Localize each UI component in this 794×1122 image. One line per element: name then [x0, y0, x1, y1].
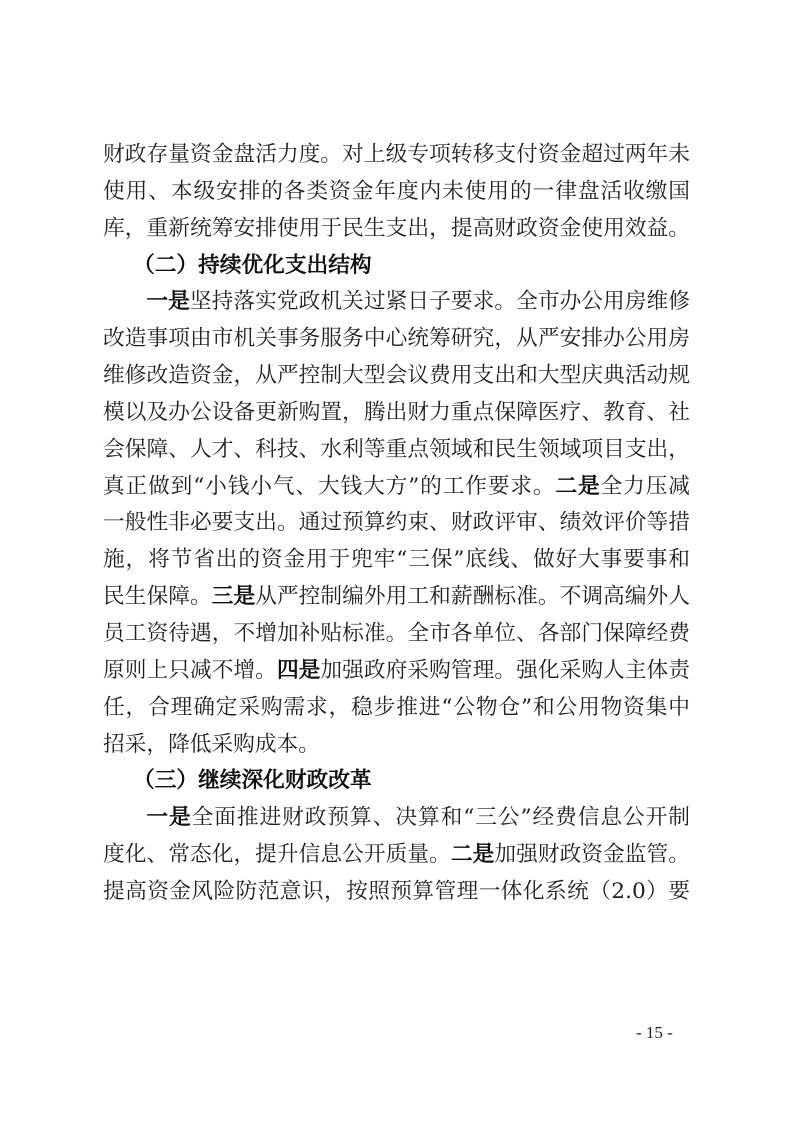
- body-line: 一是全面推进财政预算、决算和“三公”经费信息公开制: [103, 800, 690, 837]
- bold-lead-term: 二是: [556, 474, 601, 499]
- line-text: 全力压减: [601, 474, 690, 499]
- body-line: 财政存量资金盘活力度。对上级专项转移支付资金超过两年未: [103, 137, 690, 174]
- line-text: 员工资待遇，不增加补贴标准。全市各单位、各部门保障经费: [103, 621, 690, 646]
- body-line: 真正做到“小钱小气、大钱大方”的工作要求。二是全力压减: [103, 469, 690, 506]
- line-text: 任，合理确定采购需求，稳步推进“公物仓”和公用物资集中: [103, 695, 690, 720]
- bold-lead-term: 一是: [146, 805, 191, 830]
- body-line: 一是坚持落实党政机关过紧日子要求。全市办公用房维修: [103, 284, 690, 321]
- body-line: 度化、常态化，提升信息公开质量。二是加强财政资金监管。: [103, 837, 690, 874]
- body-line: 施，将节省出的资金用于兜牢“三保”底线、做好大事要事和: [103, 542, 690, 579]
- body-line: 使用、本级安排的各类资金年度内未使用的一律盘活收缴国: [103, 174, 690, 211]
- line-text: 提高资金风险防范意识，按照预算管理一体化系统（2.0）要: [103, 879, 690, 904]
- line-text: 民生保障。: [103, 584, 212, 609]
- bold-lead-term: 二是: [451, 842, 494, 867]
- section-heading: （三）继续深化财政改革: [103, 763, 690, 800]
- body-line: 会保障、人才、科技、水利等重点领域和民生领域项目支出，: [103, 432, 690, 469]
- line-text: 财政存量资金盘活力度。对上级专项转移支付资金超过两年未: [103, 142, 690, 167]
- document-page: 财政存量资金盘活力度。对上级专项转移支付资金超过两年未 使用、本级安排的各类资金…: [0, 0, 794, 1122]
- body-line: 一般性非必要支出。通过预算约束、财政评审、绩效评价等措: [103, 505, 690, 542]
- line-text: 度化、常态化，提升信息公开质量。: [103, 842, 451, 867]
- body-line: 民生保障。三是从严控制编外用工和薪酬标准。不调高编外人: [103, 579, 690, 616]
- line-text: 坚持落实党政机关过紧日子要求。全市办公用房维修: [190, 289, 690, 314]
- body-line: 任，合理确定采购需求，稳步推进“公物仓”和公用物资集中: [103, 690, 690, 727]
- line-text: 会保障、人才、科技、水利等重点领域和民生领域项目支出，: [103, 437, 690, 462]
- body-line: 库，重新统筹安排使用于民生支出，提高财政资金使用效益。: [103, 211, 690, 248]
- line-text: 全面推进财政预算、决算和“三公”经费信息公开制: [192, 805, 690, 830]
- body-line: 原则上只减不增。四是加强政府采购管理。强化采购人主体责: [103, 653, 690, 690]
- line-text: 真正做到“小钱小气、大钱大方”的工作要求。: [103, 474, 556, 499]
- body-line: 招采，降低采购成本。: [103, 727, 690, 764]
- heading-text: （三）继续深化财政改革: [133, 768, 372, 793]
- bold-lead-term: 四是: [277, 658, 320, 683]
- line-text: 改造事项由市机关事务服务中心统筹研究，从严安排办公用房: [103, 326, 690, 351]
- body-line: 改造事项由市机关事务服务中心统筹研究，从严安排办公用房: [103, 321, 690, 358]
- line-text: 维修改造资金，从严控制大型会议费用支出和大型庆典活动规: [103, 363, 690, 388]
- heading-text: （二）持续优化支出结构: [133, 253, 372, 278]
- line-text: 加强财政资金监管。: [494, 842, 690, 867]
- body-line: 提高资金风险防范意识，按照预算管理一体化系统（2.0）要: [103, 874, 690, 911]
- page-number: - 15 -: [636, 1021, 696, 1045]
- line-text: 使用、本级安排的各类资金年度内未使用的一律盘活收缴国: [103, 179, 690, 204]
- line-text: 模以及办公设备更新购置，腾出财力重点保障医疗、教育、社: [103, 400, 690, 425]
- body-line: 员工资待遇，不增加补贴标准。全市各单位、各部门保障经费: [103, 616, 690, 653]
- line-text: 一般性非必要支出。通过预算约束、财政评审、绩效评价等措: [103, 510, 690, 535]
- bold-lead-term: 一是: [146, 289, 190, 314]
- line-text: 施，将节省出的资金用于兜牢“三保”底线、做好大事要事和: [103, 547, 690, 572]
- bold-lead-term: 三是: [212, 584, 255, 609]
- line-text: 从严控制编外用工和薪酬标准。不调高编外人: [255, 584, 690, 609]
- body-line: 维修改造资金，从严控制大型会议费用支出和大型庆典活动规: [103, 358, 690, 395]
- body-line: 模以及办公设备更新购置，腾出财力重点保障医疗、教育、社: [103, 395, 690, 432]
- line-text: 库，重新统筹安排使用于民生支出，提高财政资金使用效益。: [103, 216, 690, 241]
- body-text: 财政存量资金盘活力度。对上级专项转移支付资金超过两年未 使用、本级安排的各类资金…: [103, 137, 690, 911]
- line-text: 加强政府采购管理。强化采购人主体责: [320, 658, 690, 683]
- line-text: 招采，降低采购成本。: [103, 732, 320, 757]
- line-text: 原则上只减不增。: [103, 658, 277, 683]
- section-heading: （二）持续优化支出结构: [103, 248, 690, 285]
